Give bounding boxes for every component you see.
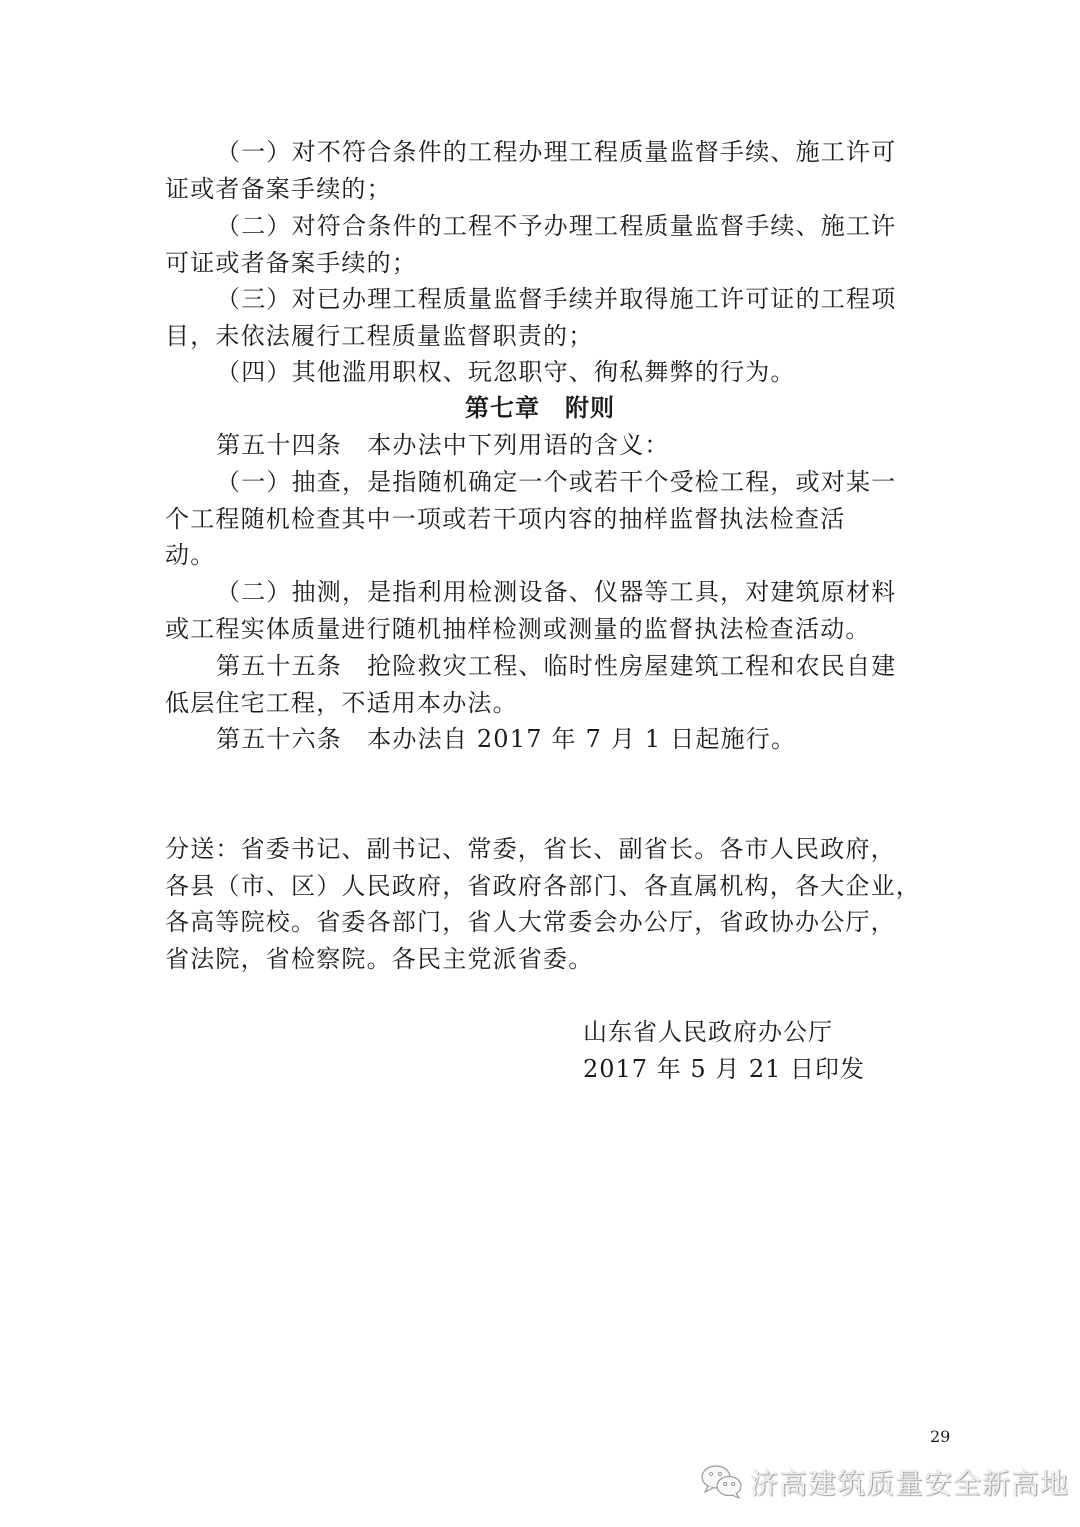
distribution-line-2: 各县（市、区）人民政府，省政府各部门、各直属机构，各大企业，	[165, 871, 921, 901]
distribution-line-1: 分送：省委书记、副书记、常委，省长、副省长。各市人民政府，	[165, 834, 896, 864]
article-54-title: 第五十四条 本办法中下列用语的含义：	[216, 430, 670, 460]
definition-1-line-3: 动。	[165, 540, 215, 570]
chapter-title: 第七章 附则	[0, 393, 1080, 423]
definition-1-line-1: （一）抽查，是指随机确定一个或若干个受检工程，或对某一	[216, 467, 896, 497]
distribution-line-3: 各高等院校。省委各部门，省人大常委会办公厅，省政协办公厅，	[165, 907, 896, 937]
watermark: 济高建筑质量安全新高地	[700, 1462, 1069, 1502]
item-4-line-1: （四）其他滥用职权、玩忽职守、徇私舞弊的行为。	[216, 357, 796, 387]
definition-2-line-1: （二）抽测，是指利用检测设备、仪器等工具，对建筑原材料	[216, 577, 896, 607]
article-55-line-2: 低层住宅工程，不适用本办法。	[165, 688, 518, 718]
distribution-line-4: 省法院，省检察院。各民主党派省委。	[165, 944, 593, 974]
document-page: （一）对不符合条件的工程办理工程质量监督手续、施工许可 证或者备案手续的； （二…	[0, 0, 1080, 1527]
item-3-line-2: 目，未依法履行工程质量监督职责的；	[165, 321, 593, 351]
article-55-line-1: 第五十五条 抢险救灾工程、临时性房屋建筑工程和农民自建	[216, 651, 896, 681]
issue-date: 2017 年 5 月 21 日印发	[583, 1054, 865, 1084]
watermark-text: 济高建筑质量安全新高地	[750, 1462, 1069, 1502]
item-1-line-1: （一）对不符合条件的工程办理工程质量监督手续、施工许可	[216, 137, 896, 167]
item-3-line-1: （三）对已办理工程质量监督手续并取得施工许可证的工程项	[216, 284, 896, 314]
item-2-line-1: （二）对符合条件的工程不予办理工程质量监督手续、施工许	[216, 211, 896, 241]
wechat-icon	[700, 1464, 744, 1500]
definition-1-line-2: 个工程随机检查其中一项或若干项内容的抽样监督执法检查活	[165, 504, 845, 534]
item-2-line-2: 可证或者备案手续的；	[165, 248, 417, 278]
issuer: 山东省人民政府办公厅	[583, 1017, 833, 1047]
page-number: 29	[930, 1427, 950, 1447]
item-1-line-2: 证或者备案手续的；	[165, 174, 392, 204]
article-56: 第五十六条 本办法自 2017 年 7 月 1 日起施行。	[216, 724, 796, 754]
definition-2-line-2: 或工程实体质量进行随机抽样检测或测量的监督执法检查活动。	[165, 614, 871, 644]
